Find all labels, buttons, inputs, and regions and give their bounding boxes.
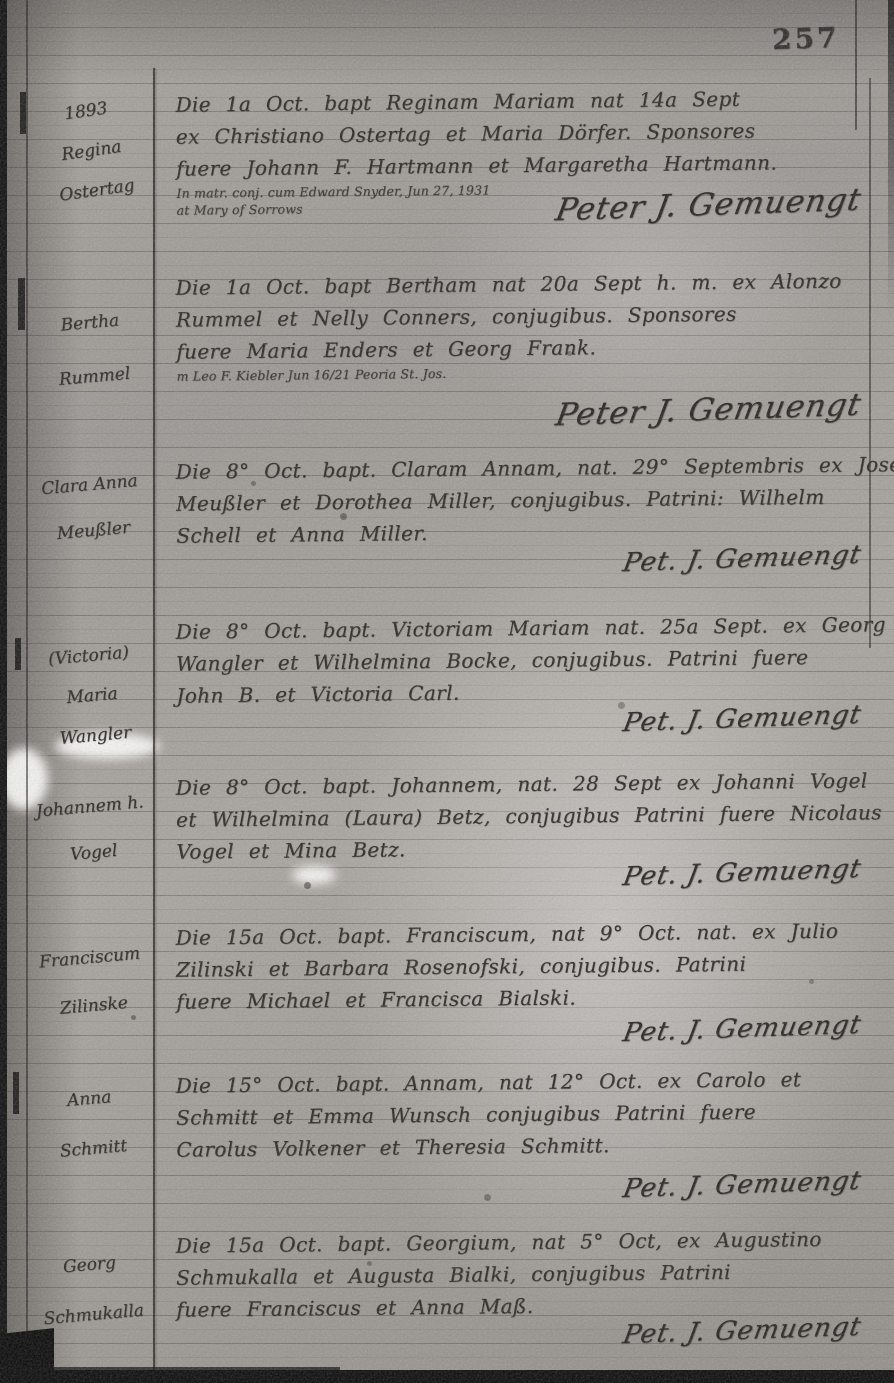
scan-right-edge — [888, 0, 894, 320]
entry-line: fuere Maria Enders et Georg Frank. — [176, 328, 882, 367]
top-scan-shadow — [0, 0, 894, 85]
margin-name-column: Georg Schmukalla — [23, 1221, 158, 1346]
entry-text: Die 15a Oct. bapt. Franciscum, nat 9° Oc… — [176, 914, 883, 1017]
entry-text: Die 1a Oct. bapt Bertham nat 20a Sept h.… — [175, 264, 882, 384]
margin-name-column: Clara Anna Meußler — [24, 447, 158, 560]
left-rule-line — [26, 0, 28, 1383]
entry-text: Die 15a Oct. bapt. Georgium, nat 5° Oct,… — [176, 1222, 883, 1325]
scan-left-edge — [0, 0, 7, 1383]
edge-mark — [15, 638, 21, 670]
margin-divider-line — [153, 68, 155, 1370]
entry-text: Die 8° Oct. bapt. Victoriam Mariam nat. … — [176, 608, 883, 711]
right-rule-line-top — [855, 0, 857, 130]
edge-mark — [13, 1072, 19, 1114]
scan-bottom-edge — [0, 1370, 894, 1383]
entry-text: Die 8° Oct. bapt. Claram Annam, nat. 29°… — [176, 448, 883, 551]
white-blotch — [292, 866, 336, 884]
margin-surname: Rummel — [29, 344, 159, 409]
margin-name-column: (Victoria) Maria Wangler — [22, 607, 160, 761]
edge-mark — [18, 278, 25, 330]
entry-text: Die 15° Oct. bapt. Annam, nat 12° Oct. e… — [176, 1062, 883, 1165]
edge-mark — [20, 92, 26, 134]
margin-name-column: Franciscum Zilinske — [23, 913, 158, 1036]
margin-name-column: Bertha Rummel — [22, 263, 159, 409]
right-rule-line — [869, 78, 871, 648]
margin-name-column: Johannem h. Vogel — [24, 763, 159, 882]
entry-text: Die 8° Oct. bapt. Johannem, nat. 28 Sept… — [176, 764, 883, 867]
margin-name-column: Anna Schmitt — [24, 1061, 159, 1180]
entry-line: fuere Johann F. Hartmann et Margaretha H… — [176, 145, 882, 184]
margin-name-column: 1893 Regina Ostertag — [20, 77, 162, 219]
page-number: 257 — [771, 21, 840, 56]
register-page-scan: 257 1893 Regina Ostertag Die 1a Oct. bap… — [0, 0, 894, 1383]
